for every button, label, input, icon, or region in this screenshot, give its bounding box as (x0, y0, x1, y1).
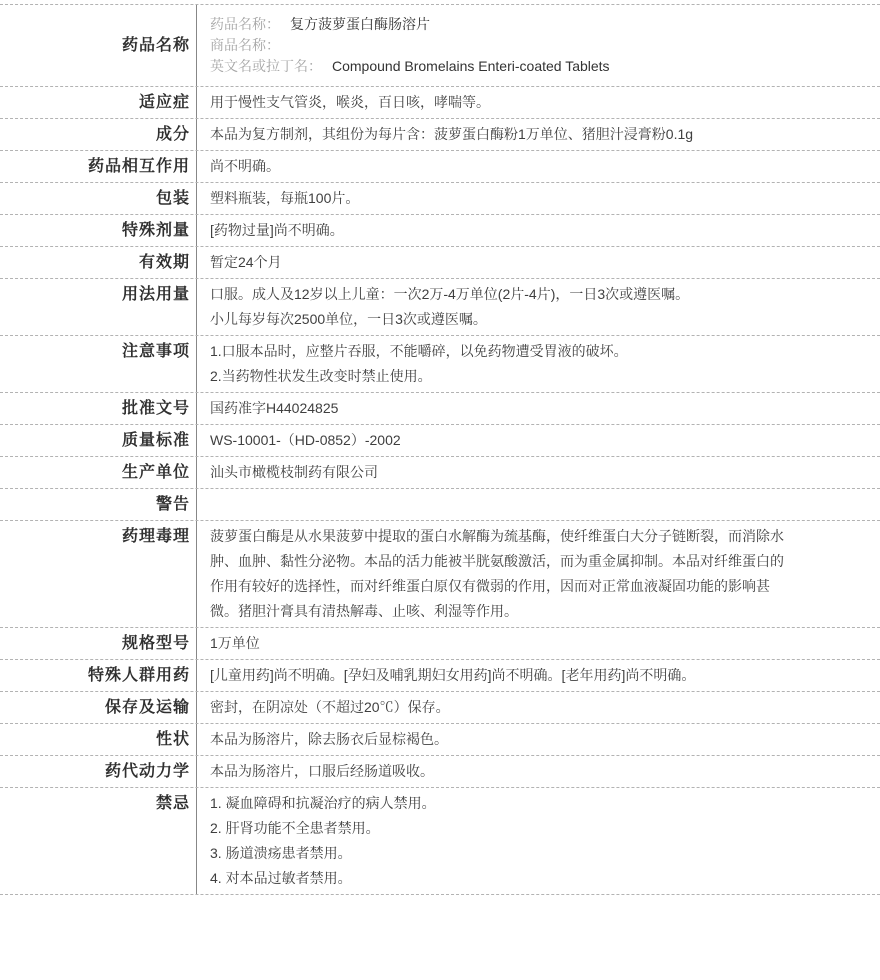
table-row: 成分本品为复方制剂，其组份为每片含：菠萝蛋白酶粉1万单位、猪胆汁浸膏粉0.1g (0, 119, 880, 151)
value-line: 汕头市橄榄枝制药有限公司 (210, 460, 785, 485)
value-line: 2. 肝肾功能不全患者禁用。 (210, 816, 785, 841)
value-line: [药物过量]尚不明确。 (210, 218, 785, 243)
value-line: 本品为肠溶片，口服后经肠道吸收。 (210, 759, 785, 784)
row-label: 警告 (0, 489, 197, 520)
value-line: 塑料瓶装，每瓶100片。 (210, 186, 785, 211)
table-row: 批准文号国药准字H44024825 (0, 393, 880, 425)
table-row: 特殊人群用药[儿童用药]尚不明确。[孕妇及哺乳期妇女用药]尚不明确。[老年用药]… (0, 660, 880, 692)
row-value: WS-10001-（HD-0852）-2002 (197, 425, 880, 456)
value-line: 密封，在阴凉处（不超过20℃）保存。 (210, 695, 785, 720)
table-row: 包装塑料瓶装，每瓶100片。 (0, 183, 880, 215)
row-value: 塑料瓶装，每瓶100片。 (197, 183, 880, 214)
row-label: 禁忌 (0, 788, 197, 894)
table-row: 质量标准WS-10001-（HD-0852）-2002 (0, 425, 880, 457)
row-value (197, 489, 880, 520)
value-line: 尚不明确。 (210, 154, 785, 179)
field-key: 商品名称： (210, 37, 280, 53)
row-label: 药品相互作用 (0, 151, 197, 182)
row-value: 本品为复方制剂，其组份为每片含：菠萝蛋白酶粉1万单位、猪胆汁浸膏粉0.1g (197, 119, 880, 150)
value-line: 1. 凝血障碍和抗凝治疗的病人禁用。 (210, 791, 785, 816)
table-row: 警告 (0, 489, 880, 521)
row-label: 特殊人群用药 (0, 660, 197, 691)
table-row: 禁忌1. 凝血障碍和抗凝治疗的病人禁用。2. 肝肾功能不全患者禁用。3. 肠道溃… (0, 788, 880, 895)
value-line: 暂定24个月 (210, 250, 785, 275)
value-line: [儿童用药]尚不明确。[孕妇及哺乳期妇女用药]尚不明确。[老年用药]尚不明确。 (210, 663, 785, 688)
row-value: 用于慢性支气管炎，喉炎，百日咳，哮喘等。 (197, 87, 880, 118)
row-value: 口服。成人及12岁以上儿童：一次2万-4万单位(2片-4片)，一日3次或遵医嘱。… (197, 279, 880, 335)
table-row: 规格型号1万单位 (0, 628, 880, 660)
row-label: 有效期 (0, 247, 197, 278)
value-line: WS-10001-（HD-0852）-2002 (210, 428, 785, 453)
row-label: 用法用量 (0, 279, 197, 335)
table-row: 用法用量口服。成人及12岁以上儿童：一次2万-4万单位(2片-4片)，一日3次或… (0, 279, 880, 336)
row-value: 暂定24个月 (197, 247, 880, 278)
value-line: 国药准字H44024825 (210, 396, 785, 421)
row-value: [药物过量]尚不明确。 (197, 215, 880, 246)
row-value: 国药准字H44024825 (197, 393, 880, 424)
row-value: 药品名称：复方菠萝蛋白酶肠溶片商品名称：英文名或拉丁名：Compound Bro… (197, 5, 880, 86)
row-value: 1.口服本品时，应整片吞服，不能嚼碎，以免药物遭受胃液的破坏。2.当药物性状发生… (197, 336, 880, 392)
row-value: 本品为肠溶片，口服后经肠道吸收。 (197, 756, 880, 787)
value-line: 本品为肠溶片，除去肠衣后显棕褐色。 (210, 727, 785, 752)
value-line: 1.口服本品时，应整片吞服，不能嚼碎，以免药物遭受胃液的破坏。 (210, 339, 785, 364)
row-label: 性状 (0, 724, 197, 755)
row-value: 1. 凝血障碍和抗凝治疗的病人禁用。2. 肝肾功能不全患者禁用。3. 肠道溃疡患… (197, 788, 880, 894)
row-value: 尚不明确。 (197, 151, 880, 182)
row-label: 注意事项 (0, 336, 197, 392)
row-value: 菠萝蛋白酶是从水果菠萝中提取的蛋白水解酶为巯基酶，使纤维蛋白大分子链断裂，而消除… (197, 521, 880, 627)
table-row: 适应症用于慢性支气管炎，喉炎，百日咳，哮喘等。 (0, 87, 880, 119)
field-value: 复方菠萝蛋白酶肠溶片 (290, 16, 430, 32)
row-value: 1万单位 (197, 628, 880, 659)
table-row: 药品相互作用尚不明确。 (0, 151, 880, 183)
drug-info-table: 药品名称药品名称：复方菠萝蛋白酶肠溶片商品名称：英文名或拉丁名：Compound… (0, 4, 880, 895)
name-field-line: 英文名或拉丁名：Compound Bromelains Enteri-coate… (210, 56, 785, 77)
field-value: Compound Bromelains Enteri-coated Tablet… (332, 58, 610, 74)
row-label: 保存及运输 (0, 692, 197, 723)
table-row: 药品名称药品名称：复方菠萝蛋白酶肠溶片商品名称：英文名或拉丁名：Compound… (0, 5, 880, 87)
field-key: 英文名或拉丁名： (210, 58, 322, 74)
row-label: 药代动力学 (0, 756, 197, 787)
table-row: 有效期暂定24个月 (0, 247, 880, 279)
row-label: 特殊剂量 (0, 215, 197, 246)
value-line: 1万单位 (210, 631, 785, 656)
row-value: 汕头市橄榄枝制药有限公司 (197, 457, 880, 488)
value-line: 2.当药物性状发生改变时禁止使用。 (210, 364, 785, 389)
name-field-line: 商品名称： (210, 35, 785, 56)
row-label: 批准文号 (0, 393, 197, 424)
row-label: 生产单位 (0, 457, 197, 488)
drug-info-page: 药品名称药品名称：复方菠萝蛋白酶肠溶片商品名称：英文名或拉丁名：Compound… (0, 0, 880, 980)
value-line: 本品为复方制剂，其组份为每片含：菠萝蛋白酶粉1万单位、猪胆汁浸膏粉0.1g (210, 122, 785, 147)
table-row: 生产单位汕头市橄榄枝制药有限公司 (0, 457, 880, 489)
value-line: 3. 肠道溃疡患者禁用。 (210, 841, 785, 866)
value-line: 4. 对本品过敏者禁用。 (210, 866, 785, 891)
table-row: 特殊剂量[药物过量]尚不明确。 (0, 215, 880, 247)
row-label: 适应症 (0, 87, 197, 118)
row-label: 规格型号 (0, 628, 197, 659)
field-key: 药品名称： (210, 16, 280, 32)
value-line: 口服。成人及12岁以上儿童：一次2万-4万单位(2片-4片)，一日3次或遵医嘱。 (210, 282, 785, 307)
name-field-line: 药品名称：复方菠萝蛋白酶肠溶片 (210, 14, 785, 35)
table-row: 性状本品为肠溶片，除去肠衣后显棕褐色。 (0, 724, 880, 756)
table-row: 药理毒理菠萝蛋白酶是从水果菠萝中提取的蛋白水解酶为巯基酶，使纤维蛋白大分子链断裂… (0, 521, 880, 628)
table-row: 保存及运输密封，在阴凉处（不超过20℃）保存。 (0, 692, 880, 724)
row-value: 密封，在阴凉处（不超过20℃）保存。 (197, 692, 880, 723)
row-label: 成分 (0, 119, 197, 150)
row-value: 本品为肠溶片，除去肠衣后显棕褐色。 (197, 724, 880, 755)
value-line: 菠萝蛋白酶是从水果菠萝中提取的蛋白水解酶为巯基酶，使纤维蛋白大分子链断裂，而消除… (210, 524, 785, 624)
table-row: 药代动力学本品为肠溶片，口服后经肠道吸收。 (0, 756, 880, 788)
row-label: 药品名称 (0, 5, 197, 86)
value-line: 用于慢性支气管炎，喉炎，百日咳，哮喘等。 (210, 90, 785, 115)
row-value: [儿童用药]尚不明确。[孕妇及哺乳期妇女用药]尚不明确。[老年用药]尚不明确。 (197, 660, 880, 691)
row-label: 包装 (0, 183, 197, 214)
value-line (210, 492, 785, 517)
value-line: 小儿每岁每次2500单位，一日3次或遵医嘱。 (210, 307, 785, 332)
row-label: 药理毒理 (0, 521, 197, 627)
table-row: 注意事项1.口服本品时，应整片吞服，不能嚼碎，以免药物遭受胃液的破坏。2.当药物… (0, 336, 880, 393)
row-label: 质量标准 (0, 425, 197, 456)
